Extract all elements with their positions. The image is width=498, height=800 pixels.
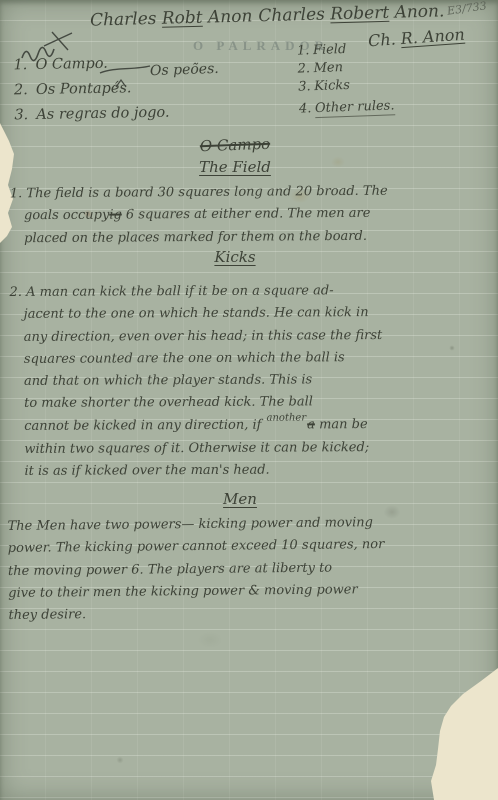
kicks-line-4: squares counted are the one on which the…	[24, 347, 383, 371]
field-line-1: 1. The field is a board 30 squares long …	[10, 181, 388, 206]
men-line-4: give to their men the kicking power & mo…	[8, 579, 385, 605]
kicks-line-7: cannot be kicked in any direction, if an…	[24, 414, 383, 439]
paragraph-kicks: 2. A man can kick the ball if it be on a…	[9, 280, 383, 484]
toc-en-item-other-rules: 4.Other rules.	[299, 98, 395, 116]
kicks-line-9: it is as if kicked over the man's head.	[24, 459, 383, 483]
men-line-5: they desire.	[8, 601, 385, 627]
kicks-line-3: any direction, even over his head; in th…	[24, 325, 383, 349]
kicks-line-1: 2. A man can kick the ball if it be on a…	[9, 280, 382, 304]
field-line-3: placed on the places marked for them on …	[24, 225, 388, 250]
field-line-2: goals occupyig 6 squares at either end. …	[24, 203, 388, 228]
heading-kicks: Kicks	[170, 248, 300, 266]
toc-en-item-men: 2.Men	[297, 58, 393, 76]
kicks-line-5: and that on which the player stands. Thi…	[24, 369, 383, 393]
kicks-line-8: within two squares of it. Otherwise it c…	[24, 437, 383, 461]
author-name-abbrev: Charles Robt Anon	[90, 6, 253, 30]
toc-en-item-kicks: 3.Kicks	[298, 76, 394, 94]
toc-en-item-field: 1.Field	[297, 40, 393, 58]
paragraph-field: 1. The field is a board 30 squares long …	[10, 181, 388, 251]
heading-the-field: The Field	[170, 158, 300, 176]
kicks-line-2: jacent to the one on which he stands. He…	[24, 302, 383, 326]
paragraph-men: The Men have two powers— kicking power a…	[7, 512, 385, 627]
toc-english: 1.Field 2.Men 3.Kicks 4.Other rules.	[297, 40, 395, 119]
toc-pt-item-regras: 3.As regras do jogo.	[14, 105, 169, 124]
insertion-caret	[114, 78, 128, 88]
toc-pt-item-pontapes: 2.Os Pontapés.	[14, 80, 169, 99]
connector-stroke	[98, 62, 152, 76]
marginal-note-peoes: Os peões.	[150, 61, 219, 79]
kicks-line-6: to make shorter the overhead kick. The b…	[24, 392, 383, 416]
heading-men: Men	[180, 490, 300, 508]
